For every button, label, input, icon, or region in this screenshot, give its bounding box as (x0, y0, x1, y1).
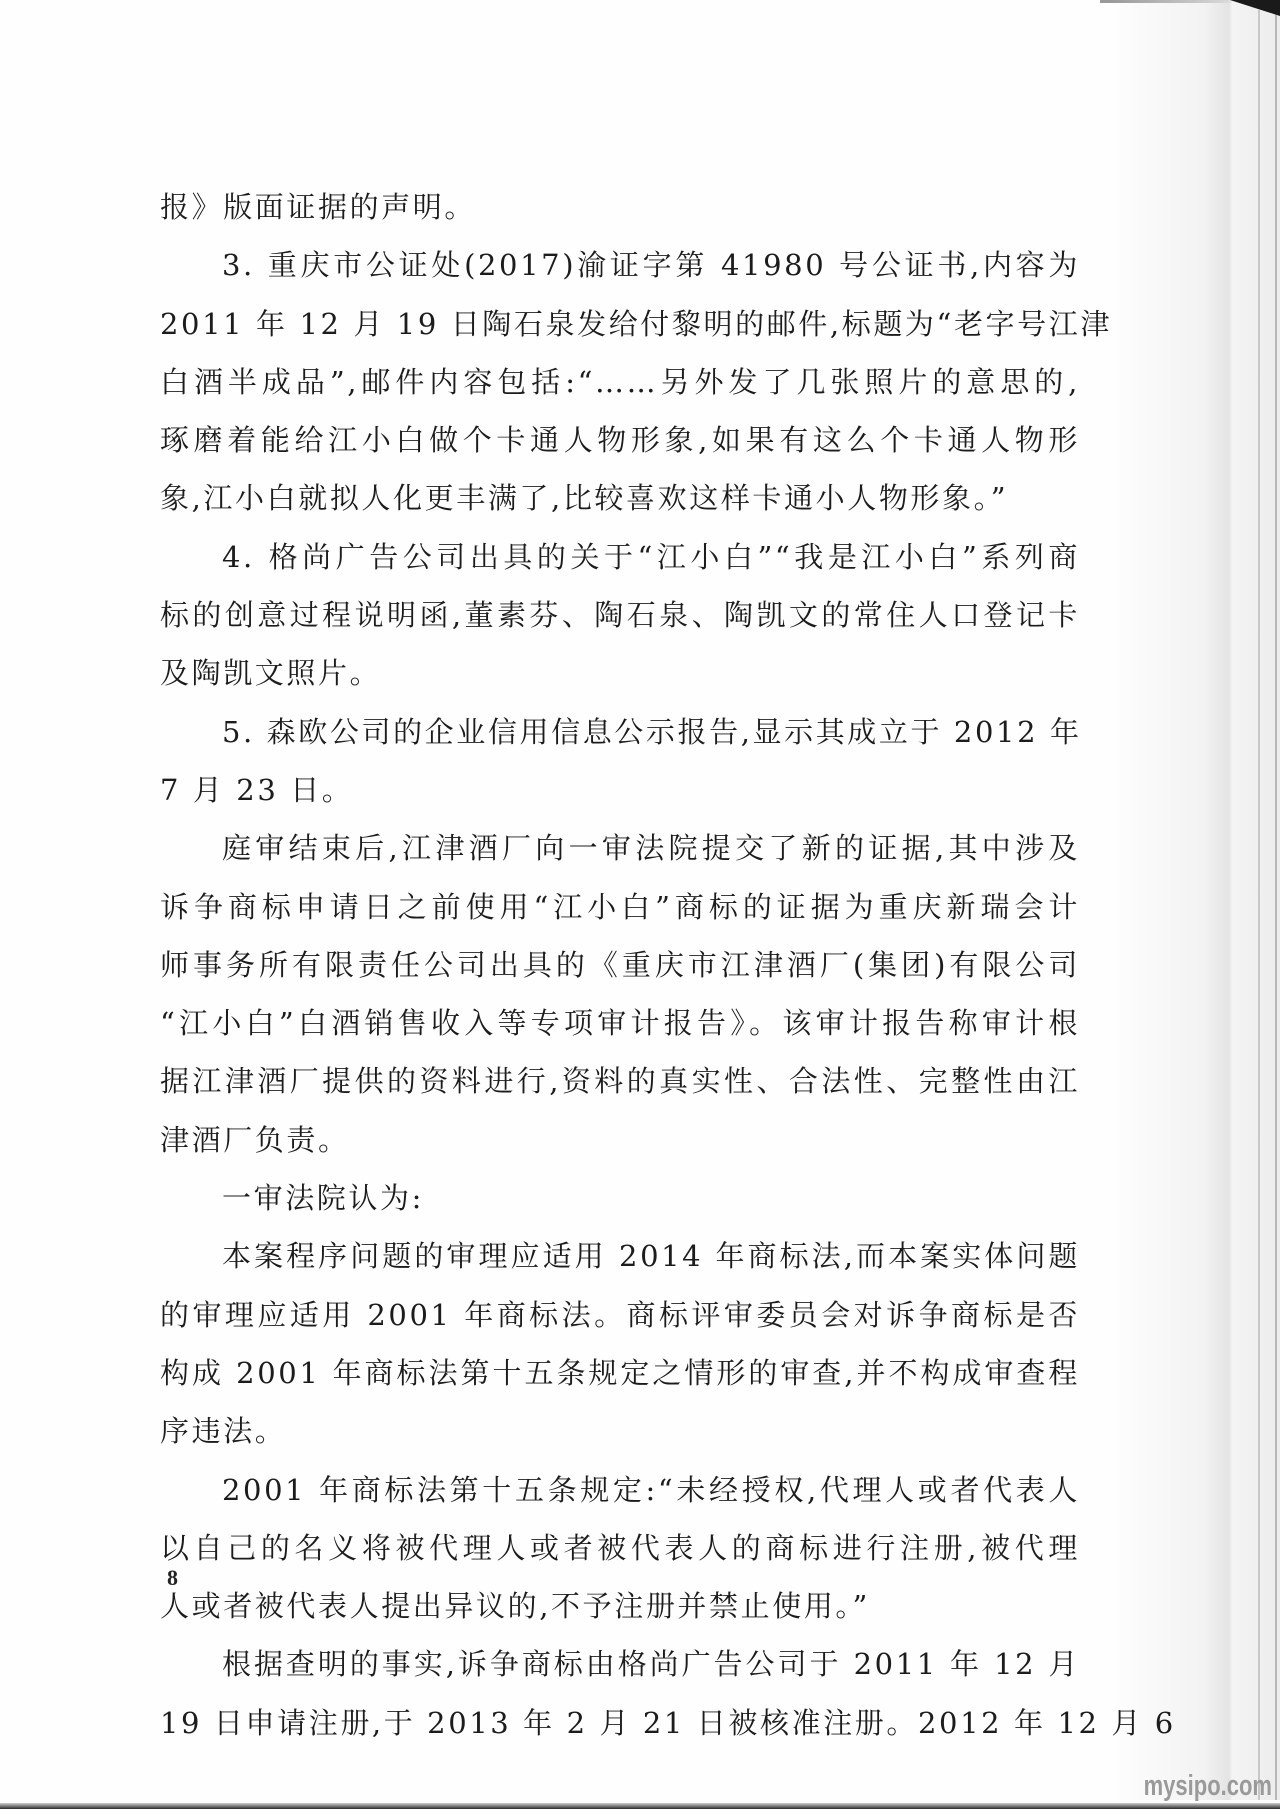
text-line: 庭审结束后,江津酒厂向一审法院提交了新的证据,其中涉及 (160, 819, 1080, 877)
text-line: 根据查明的事实,诉争商标由格尚广告公司于 2011 年 12 月 (160, 1635, 1080, 1693)
text-line: 本案程序问题的审理应适用 2014 年商标法,而本案实体问题 (160, 1227, 1080, 1285)
text-line: 诉争商标申请日之前使用“江小白”商标的证据为重庆新瑞会计 (160, 878, 1080, 936)
text-line: 19 日申请注册,于 2013 年 2 月 21 日被核准注册。2012 年 1… (160, 1694, 1080, 1752)
binding-line-outer (1275, 10, 1277, 1800)
text-line: 构成 2001 年商标法第十五条规定之情形的审查,并不构成审查程 (160, 1344, 1080, 1402)
scan-bottom-edge (0, 1803, 1280, 1809)
text-line: 琢磨着能给江小白做个卡通人物形象,如果有这么个卡通人物形 (160, 411, 1080, 469)
site-watermark: mysipo.com (1144, 1769, 1272, 1803)
body-text: 报》版面证据的声明。 3. 重庆市公证处(2017)渝证字第 41980 号公证… (160, 178, 1080, 1752)
text-line: 7 月 23 日。 (160, 761, 1080, 819)
text-line: 2001 年商标法第十五条规定:“未经授权,代理人或者代表人 (160, 1461, 1080, 1519)
text-line: “江小白”白酒销售收入等专项审计报告》。该审计报告称审计根 (160, 994, 1080, 1052)
text-line: 序违法。 (160, 1402, 1080, 1460)
text-line: 以自己的名义将被代理人或者被代表人的商标进行注册,被代理 (160, 1519, 1080, 1577)
page-corner-mark (1230, 0, 1280, 16)
text-line: 一审法院认为: (160, 1169, 1080, 1227)
scanned-page: 报》版面证据的声明。 3. 重庆市公证处(2017)渝证字第 41980 号公证… (0, 0, 1280, 1809)
page-number: 8 (167, 1565, 178, 1591)
text-line: 人或者被代表人提出异议的,不予注册并禁止使用。” (160, 1577, 1080, 1635)
binding-line (1258, 10, 1260, 1800)
text-line: 3. 重庆市公证处(2017)渝证字第 41980 号公证书,内容为 (160, 236, 1080, 294)
text-line: 津酒厂负责。 (160, 1111, 1080, 1169)
text-line: 据江津酒厂提供的资料进行,资料的真实性、合法性、完整性由江 (160, 1052, 1080, 1110)
text-line: 及陶凯文照片。 (160, 644, 1080, 702)
text-line: 白酒半成品”,邮件内容包括:“……另外发了几张照片的意思的, (160, 353, 1080, 411)
text-line: 4. 格尚广告公司出具的关于“江小白”“我是江小白”系列商 (160, 528, 1080, 586)
text-line: 的审理应适用 2001 年商标法。商标评审委员会对诉争商标是否 (160, 1286, 1080, 1344)
binding-shadow (1110, 0, 1280, 1800)
text-line: 师事务所有限责任公司出具的《重庆市江津酒厂(集团)有限公司 (160, 936, 1080, 994)
text-line: 2011 年 12 月 19 日陶石泉发给付黎明的邮件,标题为“老字号江津 (160, 295, 1080, 353)
text-line: 象,江小白就拟人化更丰满了,比较喜欢这样卡通小人物形象。” (160, 469, 1080, 527)
text-line: 报》版面证据的声明。 (160, 178, 1080, 236)
text-line: 5. 森欧公司的企业信用信息公示报告,显示其成立于 2012 年 (160, 703, 1080, 761)
text-line: 标的创意过程说明函,董素芬、陶石泉、陶凯文的常住人口登记卡 (160, 586, 1080, 644)
